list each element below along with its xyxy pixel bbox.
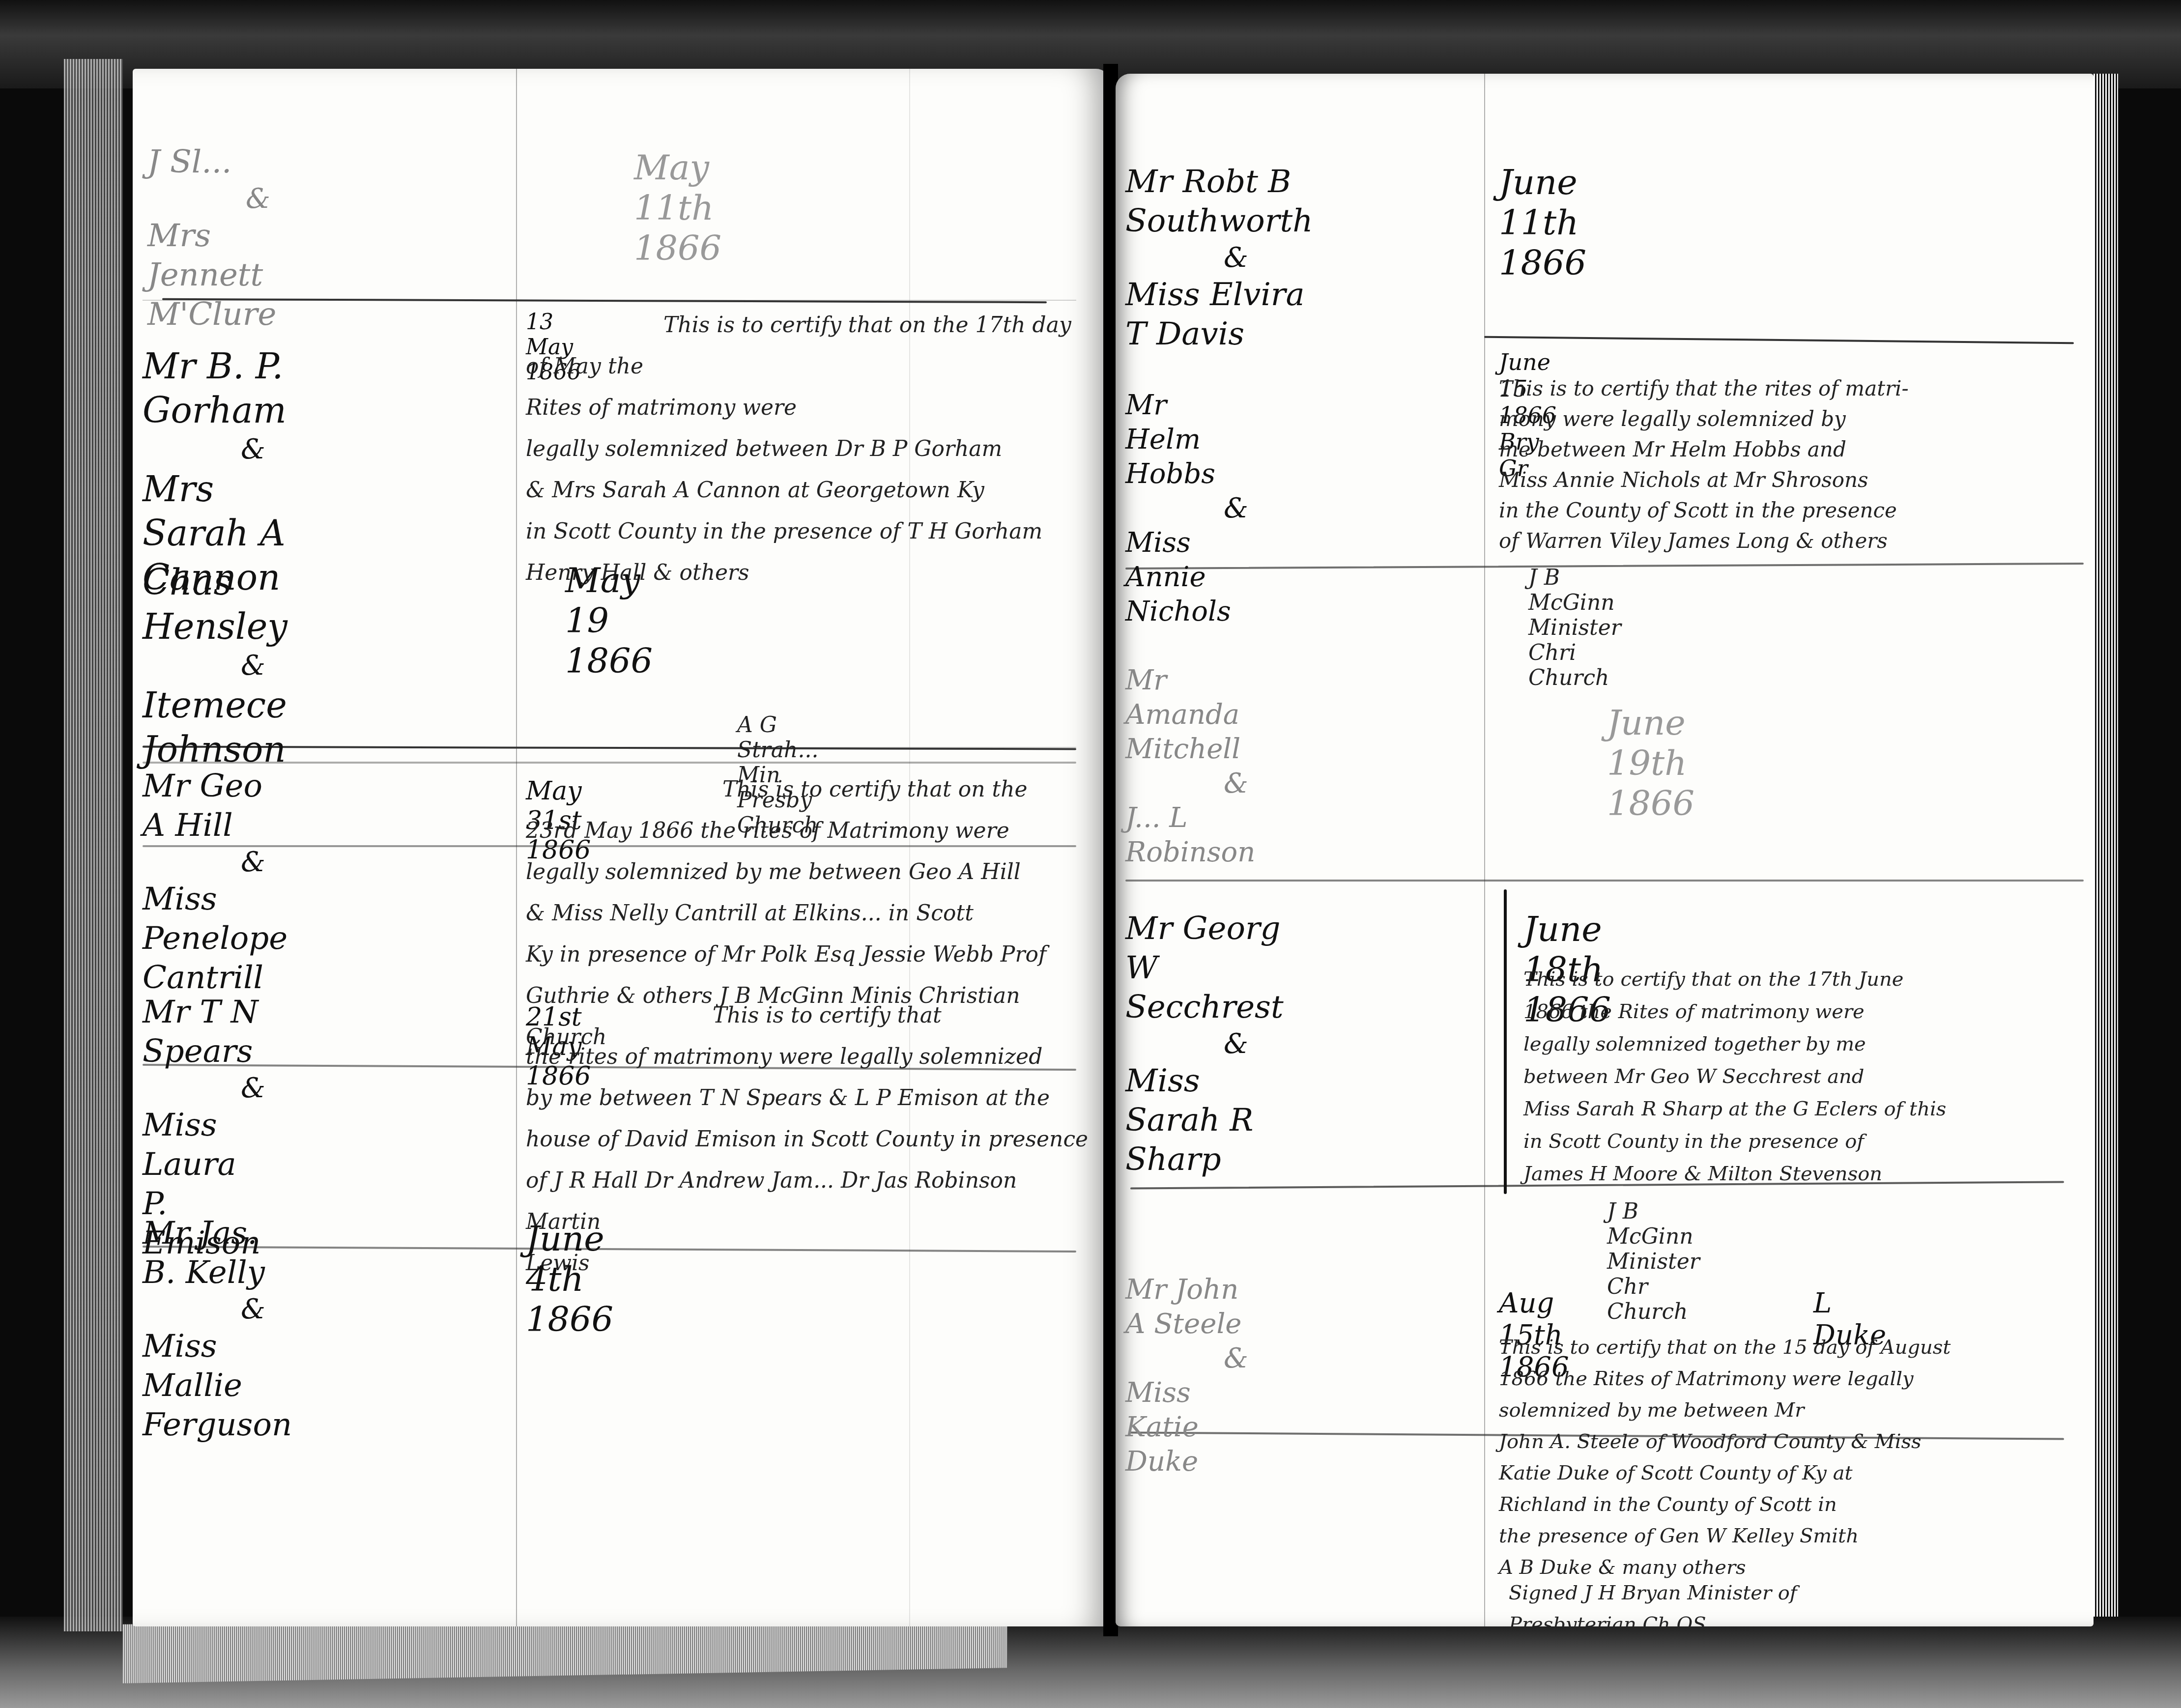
marriage-certificate-text: This is to certify that on the 17th day … xyxy=(526,305,1096,594)
groom-name: Mr Amanda Mitchell xyxy=(1125,664,1240,765)
groom-name: Mr Geo A Hill xyxy=(143,768,262,844)
groom-name: Mr Helm Hobbs xyxy=(1125,389,1215,490)
bride-name: Miss Annie Nichols xyxy=(1125,527,1231,627)
groom-name: Mr Robt B Southworth xyxy=(1125,164,1313,239)
groom-name: Mr T N Spears xyxy=(143,994,258,1070)
ampersand: & xyxy=(143,432,287,467)
bride-name: Miss Elvira T Davis xyxy=(1125,277,1305,352)
entry-bracket xyxy=(1504,889,1507,1194)
page-stack-edge xyxy=(2094,74,2118,1617)
bride-name: Miss Katie Duke xyxy=(1125,1377,1199,1478)
marriage-date: June 19th 1866 xyxy=(1607,703,1694,824)
ampersand: & xyxy=(147,182,276,216)
column-divider-names xyxy=(516,69,517,1626)
ampersand: & xyxy=(1125,1341,1248,1376)
groom-name: Mr B. P. Gorham xyxy=(143,345,287,431)
ampersand: & xyxy=(1125,241,1313,275)
bride-name: Miss Mallie Ferguson xyxy=(143,1328,292,1443)
bride-name: Miss Sarah R Sharp xyxy=(1125,1063,1254,1178)
groom-name: Mr John A Steele xyxy=(1125,1274,1241,1340)
ampersand: & xyxy=(143,845,287,880)
officiant-signature: Signed J H Bryan Minister of Presbyteria… xyxy=(1509,1577,2049,1626)
couple-names: Mr Amanda Mitchell & J... L Robinson xyxy=(1125,663,1255,870)
bride-name: J... L Robinson xyxy=(1125,802,1255,868)
ampersand: & xyxy=(1125,1027,1284,1061)
officiant-signature: J B McGinn Minister Chri Church xyxy=(1528,565,1621,690)
bride-name: Miss Penelope Cantrill xyxy=(143,881,287,996)
entry-divider xyxy=(162,298,1047,303)
ampersand: & xyxy=(1125,767,1255,801)
marriage-date: May 19 1866 xyxy=(565,560,653,681)
ampersand: & xyxy=(1125,491,1248,526)
groom-name: Mr Georg W Secchrest xyxy=(1125,911,1284,1025)
marriage-date: June 4th 1866 xyxy=(526,1219,613,1339)
entry-divider xyxy=(1125,880,2084,882)
right-page: Mr Robt B Southworth & Miss Elvira T Dav… xyxy=(1116,74,2094,1626)
couple-names: Mr Jas. B. Kelly & Miss Mallie Ferguson xyxy=(143,1214,292,1445)
couple-names: Mr John A Steele & Miss Katie Duke xyxy=(1125,1273,1248,1479)
marriage-date: June 11th 1866 xyxy=(1499,162,1586,283)
groom-name: J Sl... xyxy=(147,144,231,180)
column-divider-names xyxy=(1484,74,1485,1626)
left-page: J Sl... & Mrs Jennett M'Clure May 11th 1… xyxy=(133,69,1111,1626)
marriage-certificate-text: This is to certify that on the 17th June… xyxy=(1523,963,2074,1190)
ampersand: & xyxy=(143,1292,292,1327)
entry-divider xyxy=(1484,336,2074,344)
groom-name: Mr Jas. B. Kelly xyxy=(143,1215,265,1291)
couple-names: Mr Geo A Hill & Miss Penelope Cantrill xyxy=(143,767,287,997)
couple-names: Mr Helm Hobbs & Miss Annie Nichols xyxy=(1125,388,1248,629)
couple-names: J Sl... & Mrs Jennett M'Clure xyxy=(147,142,276,334)
book-cover-left-edge xyxy=(64,59,123,1631)
marriage-certificate-text: This is to certify that on the 15 day of… xyxy=(1499,1332,2079,1583)
marriage-certificate-text: This is to certify that the rites of mat… xyxy=(1499,373,2079,556)
officiant-signature: J B McGinn Minister Chr Church xyxy=(1607,1199,1700,1324)
couple-names: Chas Hensley & Itemece Johnson xyxy=(143,560,287,771)
marriage-date: May 11th 1866 xyxy=(634,147,721,268)
groom-name: Chas Hensley xyxy=(143,562,287,647)
couple-names: Mr Robt B Southworth & Miss Elvira T Dav… xyxy=(1125,162,1313,354)
ampersand: & xyxy=(143,1071,265,1106)
bride-name: Mrs Jennett M'Clure xyxy=(147,218,276,333)
ampersand: & xyxy=(143,649,287,683)
couple-names: Mr Georg W Secchrest & Miss Sarah R Shar… xyxy=(1125,909,1284,1179)
bride-name: Itemece Johnson xyxy=(143,684,287,770)
